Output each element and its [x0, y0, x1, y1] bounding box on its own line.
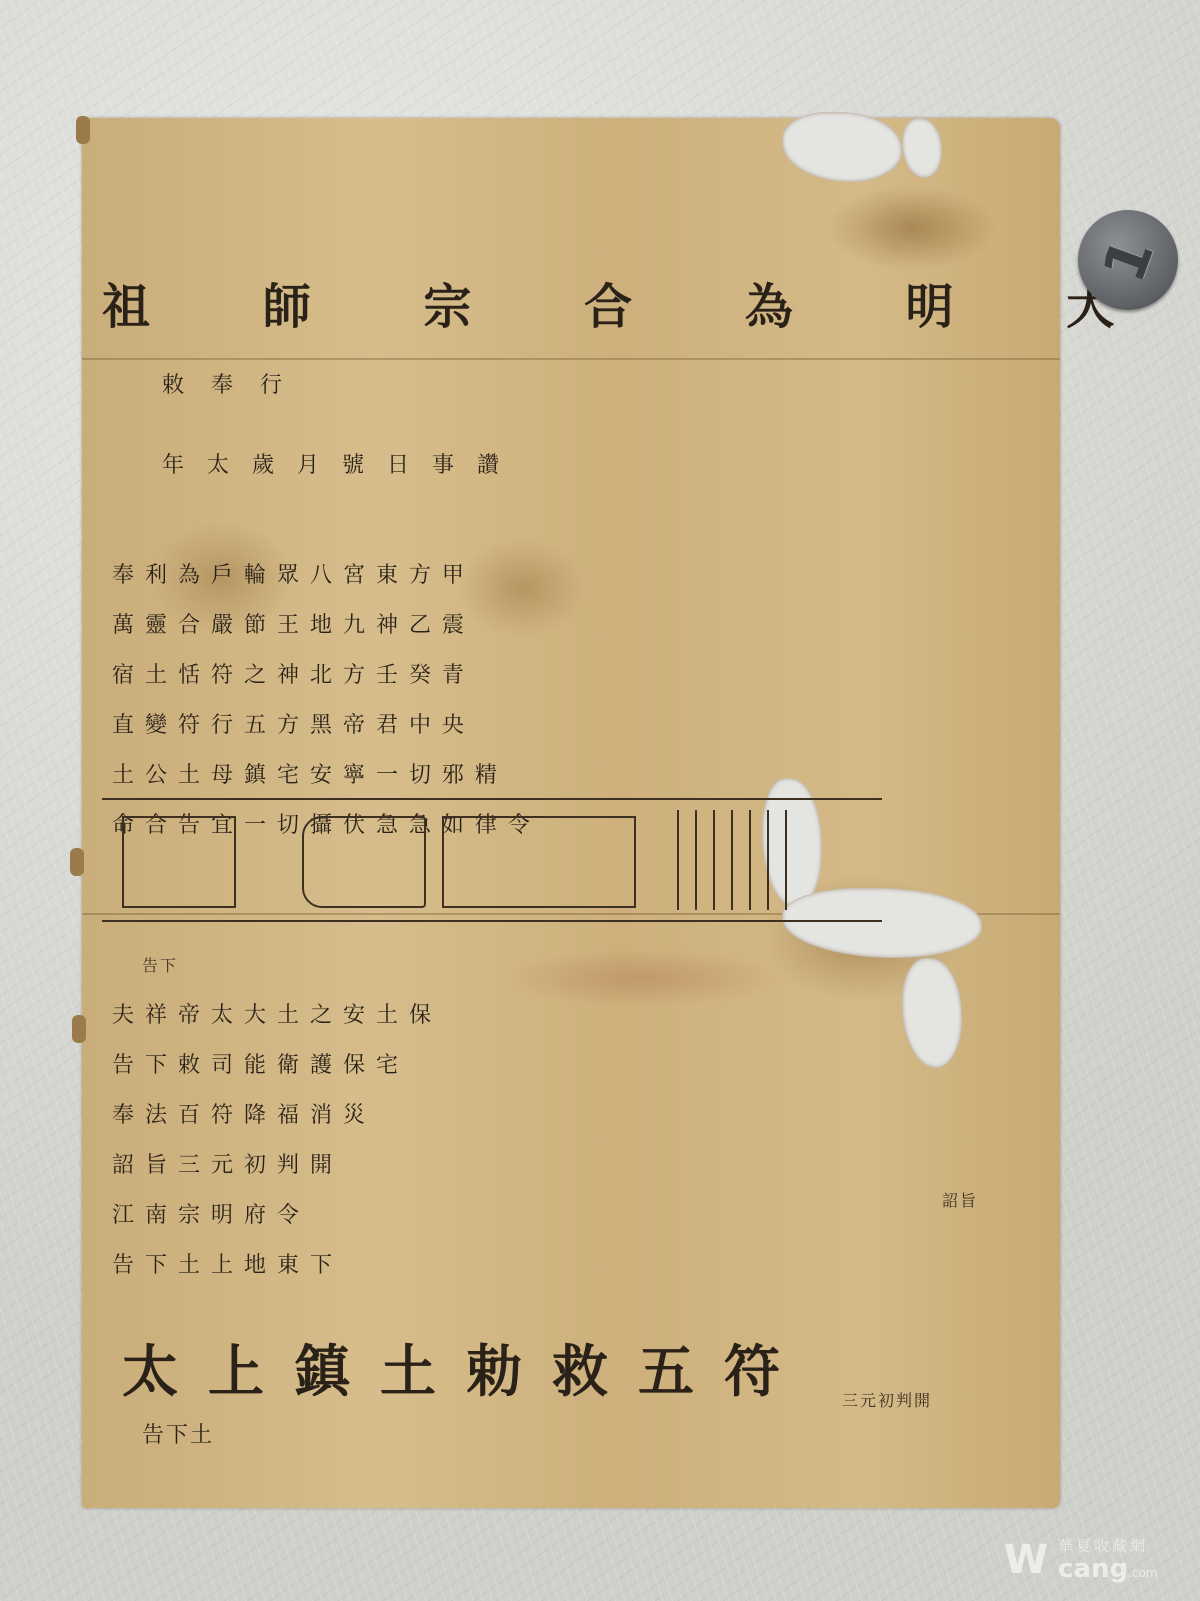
coin-value: 1 [1089, 229, 1167, 290]
lower-row: 詔 旨 三 元 初 判 開 [112, 1148, 334, 1179]
lower-row: 告 下 土 上 地 東 下 [112, 1248, 334, 1279]
san-yuan-label: 三元初判開 [842, 1388, 932, 1411]
edict-label: 詔旨 [942, 1188, 978, 1211]
seal-glyph [302, 816, 426, 908]
tear-hole [782, 112, 902, 182]
document-title: 太上鎮土勅救五符 [122, 1328, 810, 1408]
body-row: 奉 利 為 戶 輪 眾 八 宮 東 方 甲 [112, 558, 466, 589]
body-row: 萬 靈 合 嚴 節 王 地 九 神 乙 震 [112, 608, 466, 639]
watermark-english: cang.com [1058, 1556, 1158, 1586]
paper-tab [76, 116, 90, 144]
lower-row: 夫 祥 帝 太 大 土 之 安 土 保 [112, 998, 433, 1029]
talisman-seal [102, 798, 882, 922]
watermark-suffix: .com [1128, 1566, 1157, 1580]
body-row: 土 公 土 母 鎮 宅 安 寧 一 切 邪 精 [112, 758, 499, 789]
paper-tab [72, 1015, 86, 1043]
text-row: 年 太 歲 月 號 日 事 讚 [162, 448, 507, 479]
coin-icon: 1 [1078, 210, 1178, 310]
body-row: 宿 土 恬 符 之 神 北 方 壬 癸 青 [112, 658, 466, 689]
fold-line [82, 358, 1060, 360]
paper-tab [70, 848, 84, 876]
headline-row: 祖 師 宗 合 為 明 大 當 [102, 268, 1200, 337]
talisman-label: 告下 [142, 953, 178, 976]
watermark-chinese: 華夏收藏網 [1058, 1535, 1158, 1556]
watermark: W 華夏收藏網 cang.com [1000, 1530, 1195, 1590]
watermark-brand: cang [1058, 1554, 1128, 1584]
bottom-label: 告下土 [142, 1418, 214, 1449]
seal-lines [677, 810, 797, 910]
cang-logo-icon: W [1000, 1534, 1052, 1586]
seal-glyph [122, 816, 236, 908]
tear-hole [902, 958, 962, 1068]
tear-hole [902, 118, 942, 178]
ancient-document: 祖 師 宗 合 為 明 大 當 敕 奉 行 年 太 歲 月 號 日 事 讚 奉 … [82, 118, 1060, 1508]
text-row: 敕 奉 行 [162, 368, 292, 399]
seal-glyph [442, 816, 636, 908]
lower-row: 奉 法 百 符 降 福 消 災 [112, 1098, 367, 1129]
body-row: 直 變 符 行 五 方 黑 帝 君 中 央 [112, 708, 466, 739]
lower-row: 告 下 敕 司 能 衛 護 保 宅 [112, 1048, 400, 1079]
lower-row: 江 南 宗 明 府 令 [112, 1198, 301, 1229]
